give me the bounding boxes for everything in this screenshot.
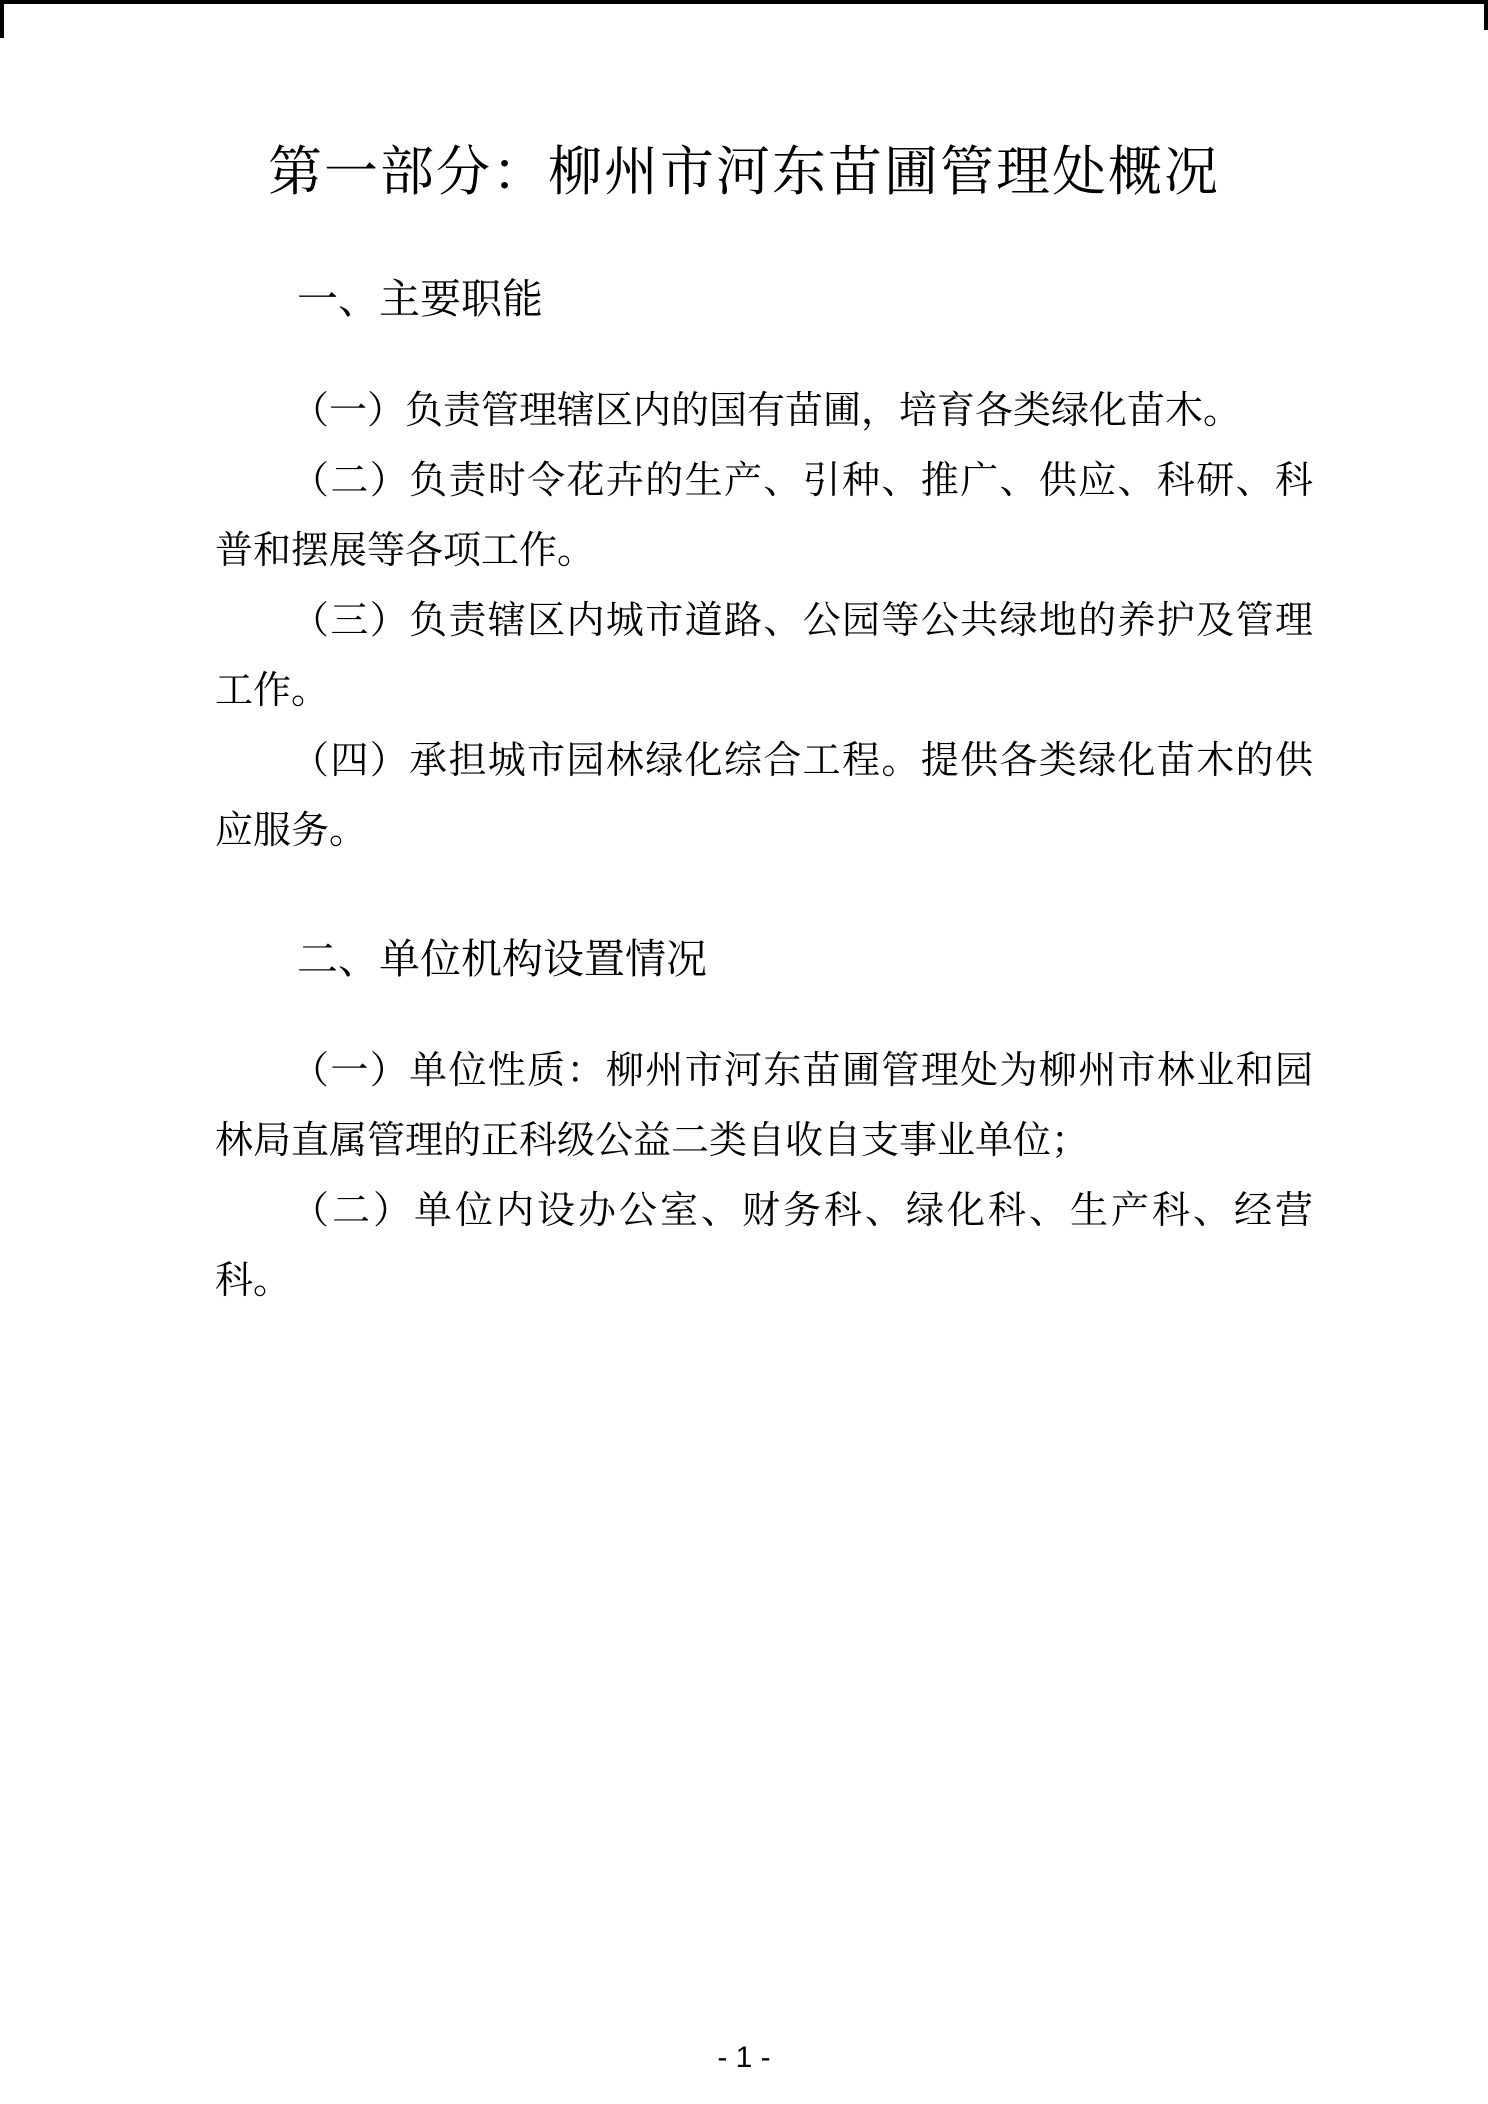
paragraph: （一）负责管理辖区内的国有苗圃，培育各类绿化苗木。 [215, 376, 1313, 446]
page-edge-right [1484, 0, 1488, 30]
section-heading: 一、主要职能 [215, 264, 1313, 334]
paragraph: （二）单位内设办公室、财务科、绿化科、生产科、经营 科。 [215, 1176, 1313, 1316]
paragraph: （四）承担城市园林绿化综合工程。提供各类绿化苗木的供 应服务。 [215, 726, 1313, 866]
page-number: - 1 - [0, 2038, 1488, 2078]
paragraph-line: 林局直属管理的正科级公益二类自收自支事业单位； [215, 1106, 1313, 1176]
paragraph-line: 工作。 [215, 656, 1313, 726]
paragraph-line: （二）负责时令花卉的生产、引种、推广、供应、科研、科 [215, 446, 1313, 516]
paragraph-line: （二）单位内设办公室、财务科、绿化科、生产科、经营 [215, 1176, 1313, 1246]
paragraph: （一）单位性质：柳州市河东苗圃管理处为柳州市林业和园 林局直属管理的正科级公益二… [215, 1036, 1313, 1176]
document-page: 第一部分：柳州市河东苗圃管理处概况 一、主要职能 （一）负责管理辖区内的国有苗圃… [0, 0, 1488, 2104]
paragraph-line: （一）单位性质：柳州市河东苗圃管理处为柳州市林业和园 [215, 1036, 1313, 1106]
paragraph: （三）负责辖区内城市道路、公园等公共绿地的养护及管理 工作。 [215, 586, 1313, 726]
paragraph: （二）负责时令花卉的生产、引种、推广、供应、科研、科 普和摆展等各项工作。 [215, 446, 1313, 586]
paragraph-line: 应服务。 [215, 796, 1313, 866]
section-heading: 二、单位机构设置情况 [215, 924, 1313, 994]
page-edge-left [0, 0, 4, 38]
paragraph-line: 普和摆展等各项工作。 [215, 516, 1313, 586]
document-title: 第一部分：柳州市河东苗圃管理处概况 [0, 138, 1488, 206]
page-edge-top [0, 0, 1488, 4]
paragraph-line: （四）承担城市园林绿化综合工程。提供各类绿化苗木的供 [215, 726, 1313, 796]
paragraph-line: （三）负责辖区内城市道路、公园等公共绿地的养护及管理 [215, 586, 1313, 656]
paragraph-line: 科。 [215, 1246, 1313, 1316]
document-body: 一、主要职能 （一）负责管理辖区内的国有苗圃，培育各类绿化苗木。 （二）负责时令… [0, 264, 1488, 1316]
paragraph-line: （一）负责管理辖区内的国有苗圃，培育各类绿化苗木。 [215, 376, 1313, 446]
